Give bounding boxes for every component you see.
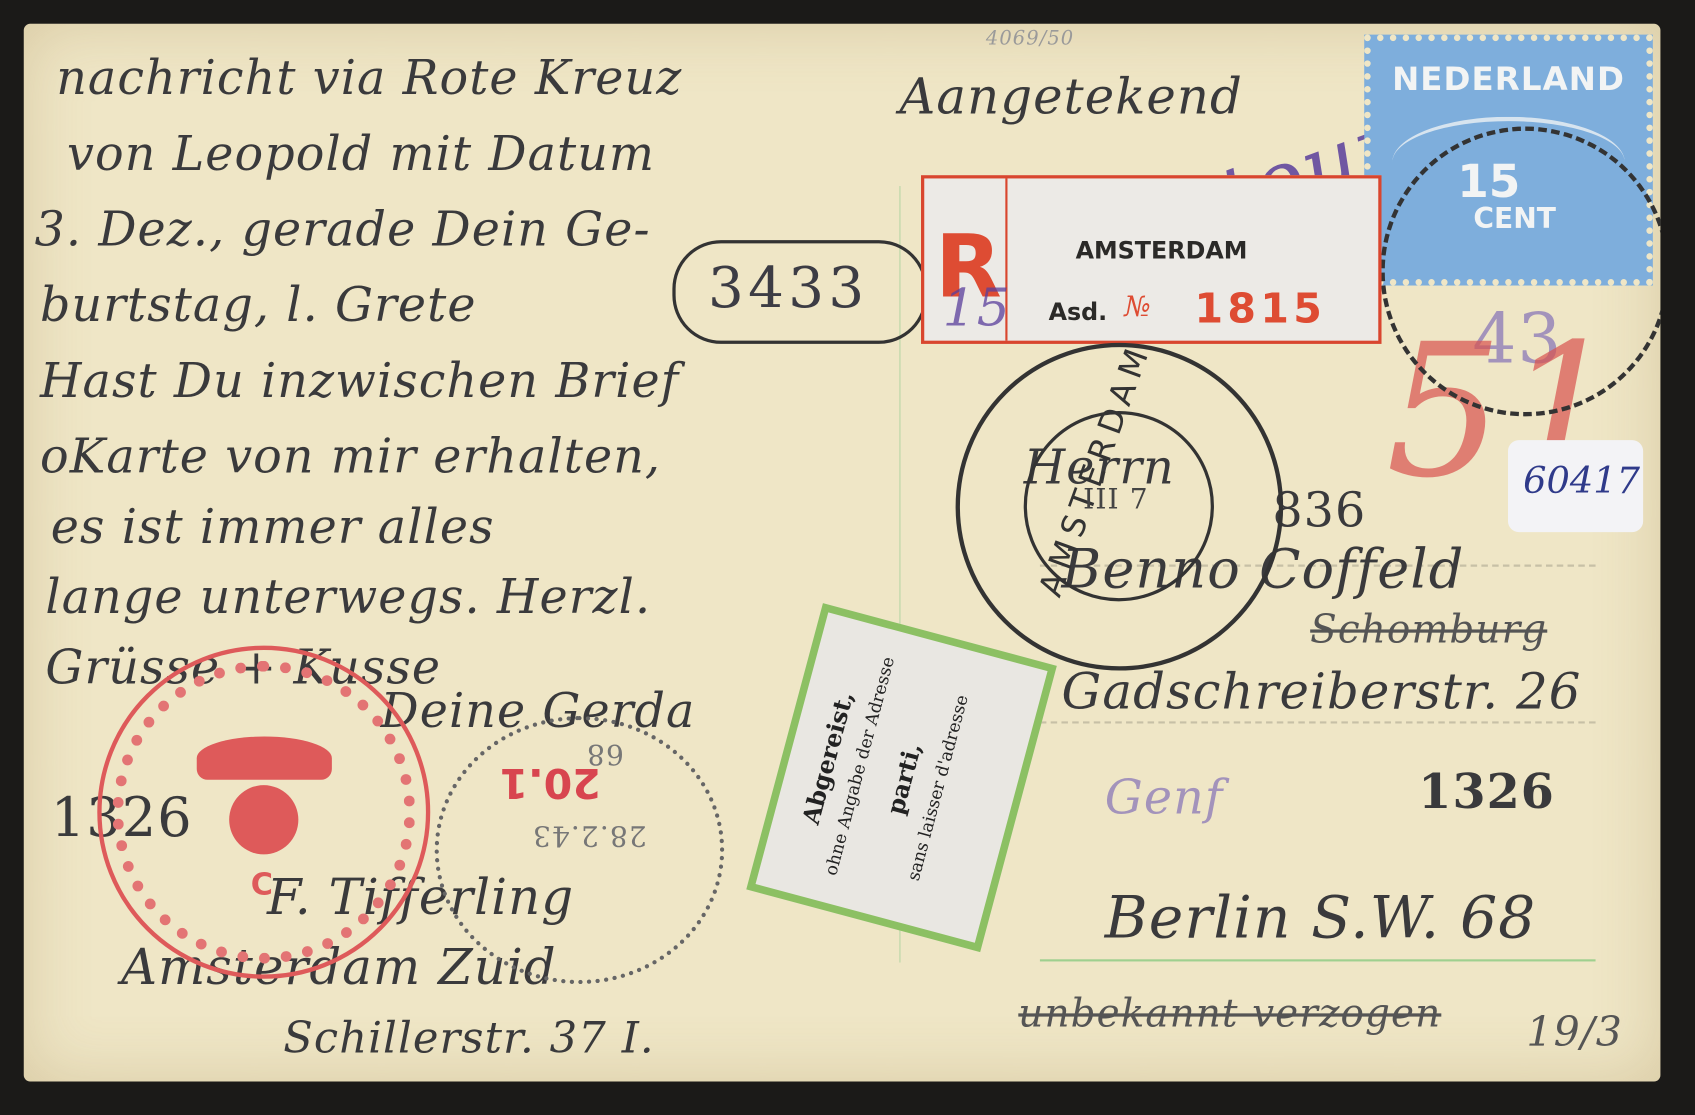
registration-number: 1815 — [1195, 284, 1327, 332]
number-mark: № — [1124, 291, 1151, 323]
censor-letter: C — [251, 866, 273, 902]
date-note: 19/3 — [1526, 1008, 1623, 1056]
postmark-on-stamp — [1380, 127, 1660, 417]
registration-office: AMSTERDAM — [1076, 238, 1248, 265]
recipient-street: Gadschreiberstr. 26 — [1062, 662, 1582, 720]
stamp-country: NEDERLAND — [1371, 61, 1647, 99]
oval-number-text: 3433 — [708, 256, 868, 321]
registration-prefix: Asd. — [1049, 300, 1108, 327]
number-stamp-836: 836 — [1272, 483, 1366, 538]
genf-note: Genf — [1105, 770, 1224, 825]
recipient-struck-line: Schomburg — [1310, 608, 1547, 652]
berlin-postmark-code: 68 — [586, 738, 624, 770]
message-line: Hast Du inzwischen Brief — [40, 354, 679, 409]
registration-handwritten: 15 — [943, 278, 1011, 339]
reference-number: 60417 — [1523, 460, 1640, 503]
postcard: nachricht via Rote Kreuz von Leopold mit… — [24, 24, 1661, 1082]
message-line: es ist immer alles — [51, 500, 495, 555]
emblem-icon — [229, 785, 298, 854]
side-pencil-number: 60417 — [24, 943, 29, 1039]
message-line: lange unterwegs. Herzl. — [45, 570, 651, 625]
amsterdam-postmark-date: III 7 — [1083, 483, 1149, 515]
reference-label: 60417 — [1508, 440, 1643, 532]
message-line: oKarte von mir erhalten, — [40, 429, 661, 484]
message-line: 3. Dez., gerade Dein Ge- — [35, 202, 651, 257]
pencil-reference: 4069/50 — [986, 27, 1074, 50]
address-line — [1040, 721, 1596, 723]
struck-note: unbekannt verzogen — [1018, 992, 1441, 1036]
number-stamp-1326: 1326 — [1418, 765, 1555, 820]
aangetekend-note: Aangetekend — [899, 67, 1243, 125]
message-line: burtstag, l. Grete — [40, 278, 477, 333]
scan-stage: nachricht via Rote Kreuz von Leopold mit… — [0, 0, 1695, 1115]
address-line — [1040, 959, 1596, 961]
departed-label: Abgereist, ohne Angabe der Adresse parti… — [746, 603, 1057, 952]
oval-number: 3433 — [672, 240, 927, 344]
eagle-icon — [197, 737, 332, 780]
berlin-postmark-date: 28.2.43 — [532, 819, 647, 851]
message-line: nachricht via Rote Kreuz — [56, 51, 682, 106]
recipient-city: Berlin S.W. 68 — [1105, 884, 1537, 952]
message-line: von Leopold mit Datum — [67, 127, 655, 182]
censor-stamp: C — [97, 646, 430, 979]
sender-street: Schillerstr. 37 I. — [283, 1013, 654, 1063]
